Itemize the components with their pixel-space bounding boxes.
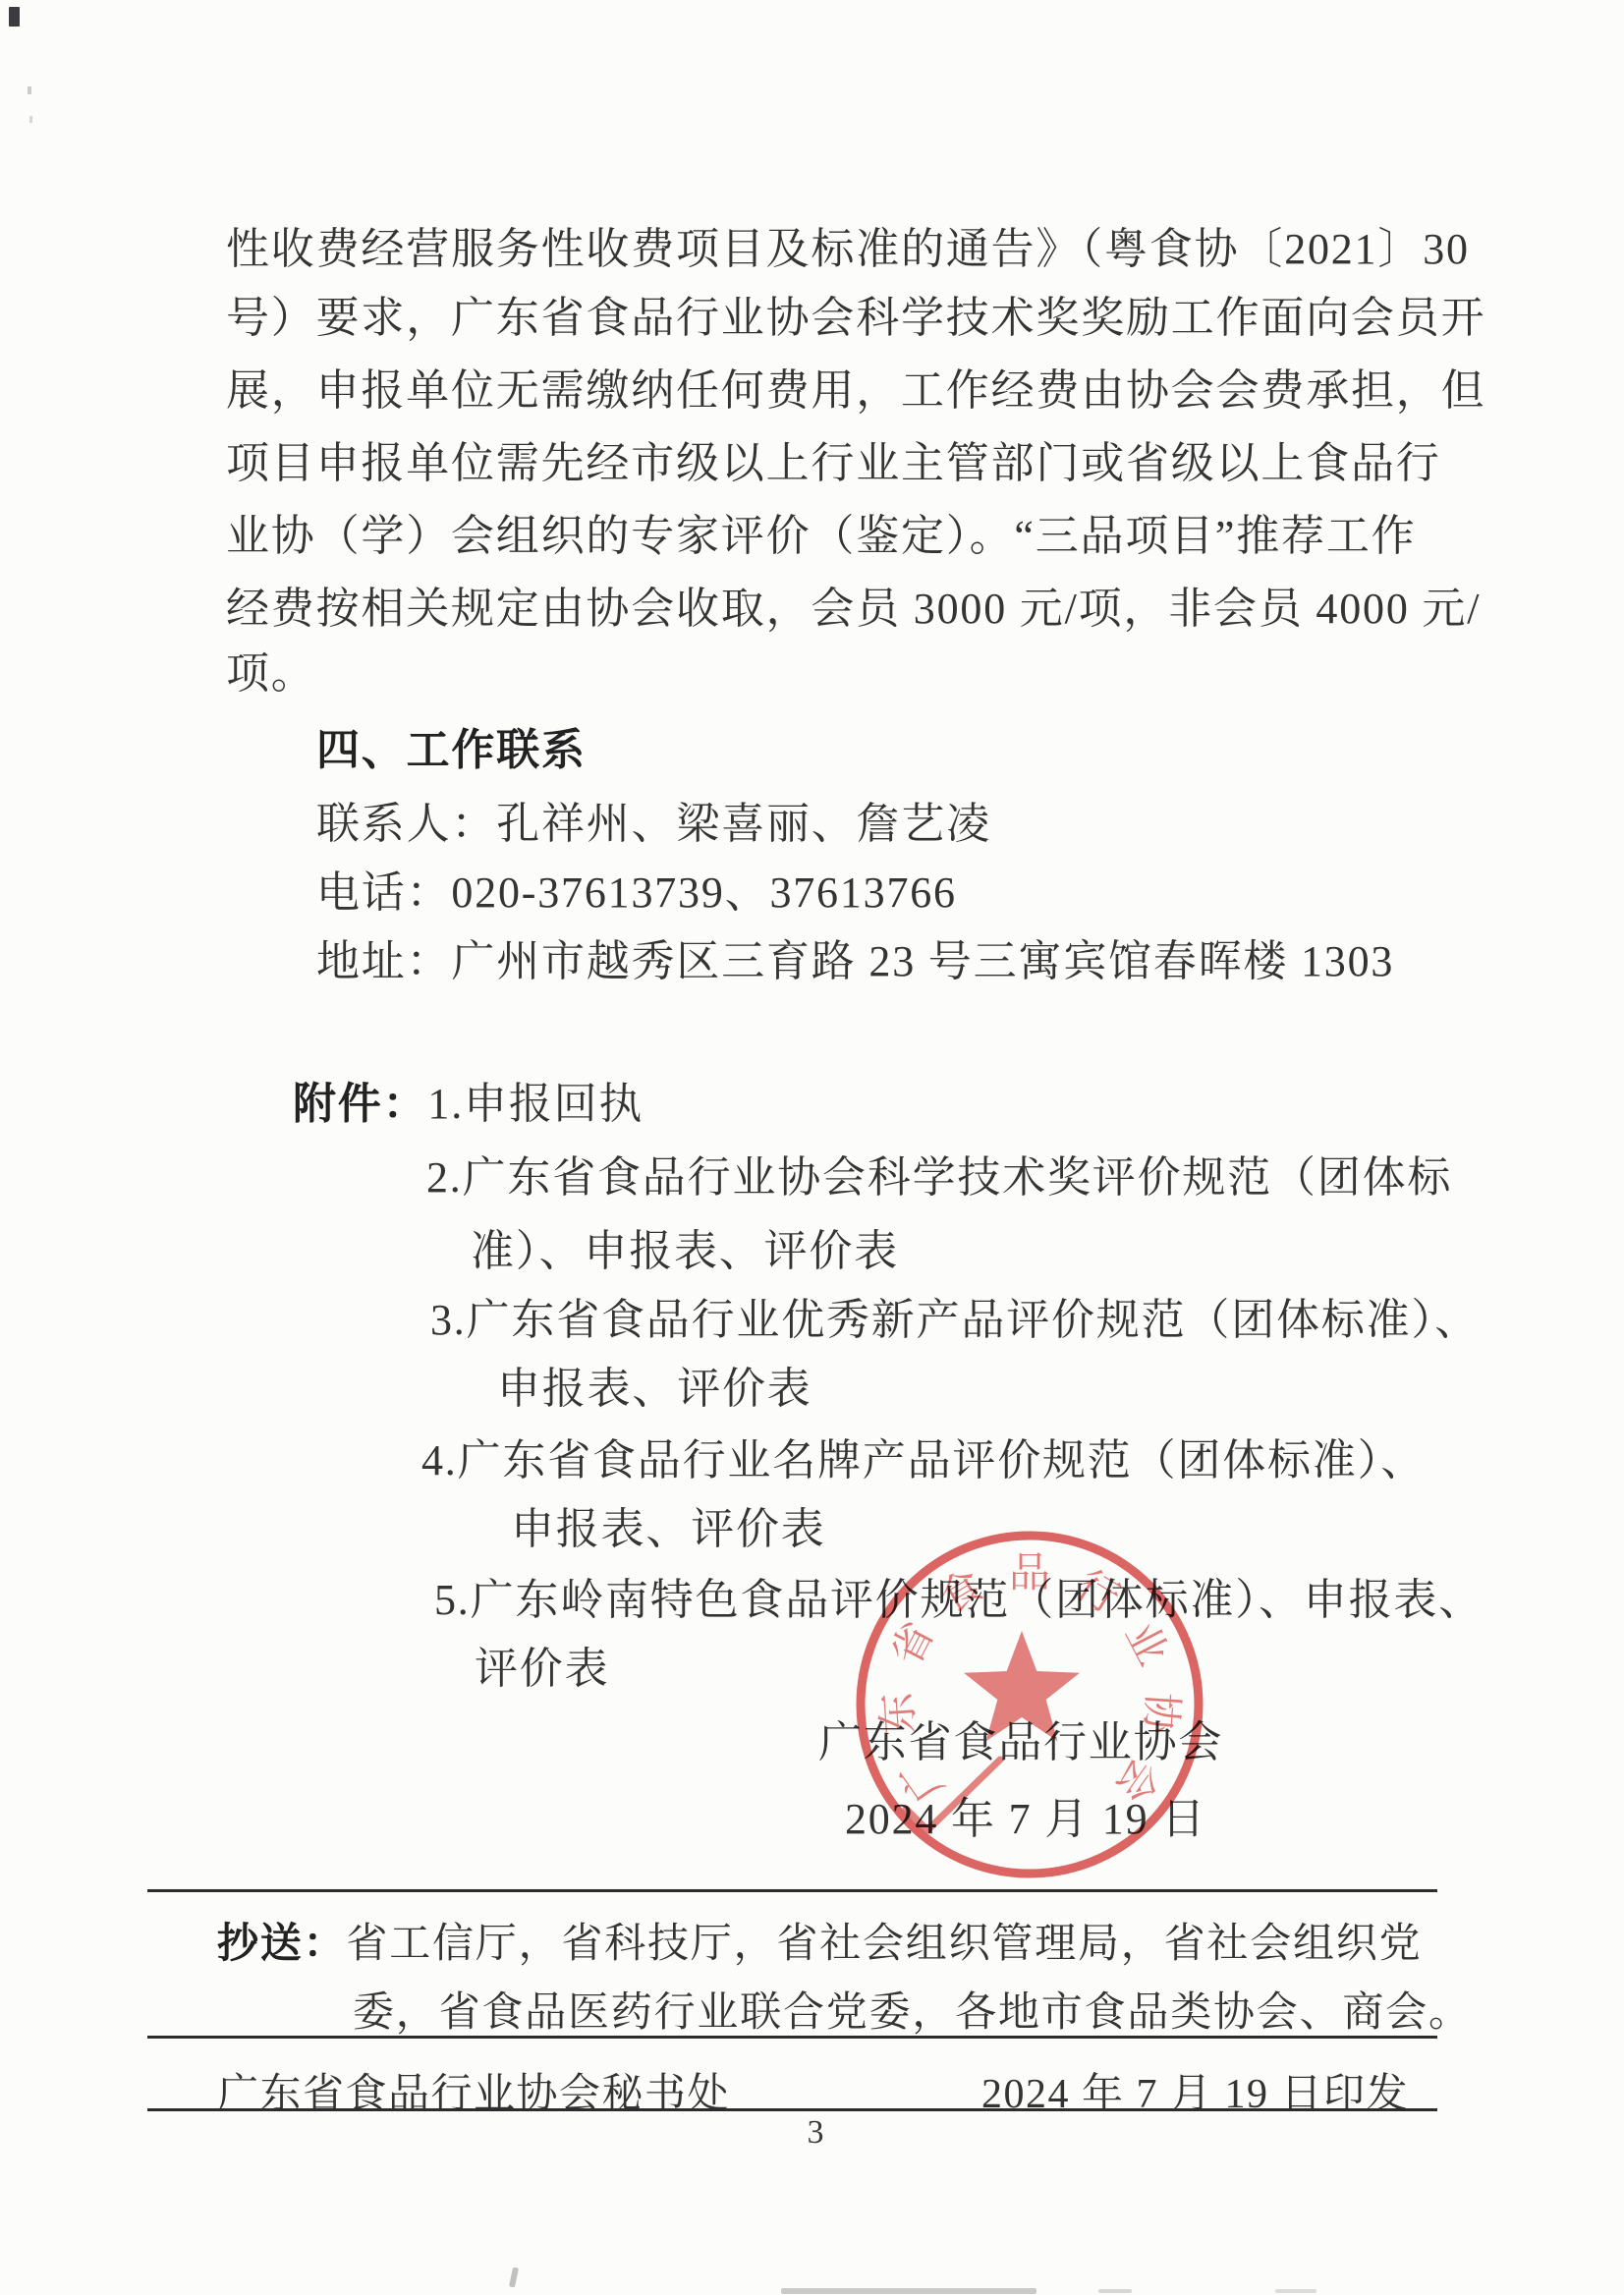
- contact-phone-line: 电话：020-37613739、37613766: [316, 866, 957, 921]
- body-line-1: 性收费经营服务性收费项目及标准的通告》（粤食协〔2021〕30: [226, 222, 1470, 277]
- seal-char: 广: [892, 1750, 953, 1810]
- seal-char: 省: [884, 1615, 943, 1673]
- footer-print-date: 2024 年 7 月 19 日印发: [981, 2061, 1409, 2120]
- scan-smudge: [509, 2267, 519, 2288]
- seal-star-icon: [964, 1631, 1080, 1741]
- cc-label: 抄送：: [217, 1922, 346, 1967]
- attachment-item-2-line-1: 2.广东省食品行业协会科学技术奖评价规范（团体标: [426, 1150, 1452, 1205]
- contact-address-line: 地址：广州市越秀区三育路 23 号三寓宾馆春晖楼 1303: [316, 934, 1394, 989]
- footer-row: 广东省食品行业协会秘书处 2024 年 7 月 19 日印发: [217, 2061, 1409, 2120]
- document-page: 性收费经营服务性收费项目及标准的通告》（粤食协〔2021〕30 号）要求，广东省…: [0, 0, 1624, 2295]
- seal-char: 业: [1116, 1615, 1175, 1673]
- body-line-5: 业协（学）会组织的专家评价（鉴定）。“三品项目”推荐工作: [226, 509, 1416, 564]
- seal-char: 食: [932, 1563, 991, 1623]
- body-line-3: 展，申报单位无需缴纳任何费用，工作经费由协会会费承担，但: [226, 364, 1485, 419]
- seal-char: 协: [1136, 1691, 1184, 1737]
- attachment-item-3-line-1: 3.广东省食品行业优秀新产品评价规范（团体标准）、: [430, 1293, 1480, 1348]
- section-heading: 四、工作联系: [316, 723, 587, 778]
- attachment-item-4-line-1: 4.广东省食品行业名牌产品评价规范（团体标准）、: [421, 1433, 1426, 1488]
- scan-artifact-mark: [9, 7, 20, 27]
- seal-char: 行: [1068, 1563, 1127, 1623]
- body-line-4: 项目申报单位需先经市级以上行业主管部门或省级以上食品行: [226, 436, 1441, 491]
- attachment-item-4-line-2: 申报表、评价表: [511, 1502, 826, 1557]
- attachments-label: 附件：: [293, 1080, 427, 1128]
- contact-person-line: 联系人：孔祥州、梁喜丽、詹艺凌: [316, 797, 991, 852]
- attachment-item-2-line-2: 准）、申报表、评价表: [471, 1224, 899, 1279]
- attachments-row-1: 附件：1.申报回执: [293, 1077, 644, 1132]
- separator-rule-middle: [147, 2036, 1437, 2039]
- scan-smudge: [1098, 2289, 1132, 2293]
- cc-text-1: 省工信厅，省科技厅，省社会组织管理局，省社会组织党: [346, 1922, 1422, 1967]
- scan-speck: [29, 116, 32, 123]
- cc-line-1: 抄送：省工信厅，省科技厅，省社会组织管理局，省社会组织党: [217, 1917, 1422, 1972]
- body-line-2: 号）要求，广东省食品行业协会科学技术奖奖励工作面向会员开: [226, 291, 1485, 346]
- attachment-item-3-line-2: 申报表、评价表: [497, 1362, 812, 1417]
- official-seal-stamp: 广东省食品行业协会: [843, 1518, 1216, 1891]
- cc-line-2: 委，省食品医药行业联合党委，各地市食品类协会、商会。: [353, 1986, 1472, 2041]
- body-line-7: 项。: [226, 646, 316, 701]
- separator-rule-bottom: [147, 2108, 1437, 2111]
- scan-speck: [28, 86, 31, 94]
- seal-char: 东: [875, 1691, 924, 1735]
- seal-char: 品: [1009, 1551, 1050, 1596]
- attachment-item-5-line-2: 评价表: [475, 1642, 609, 1697]
- scan-smudge: [781, 2288, 1036, 2294]
- seal-char: 会: [1106, 1750, 1167, 1810]
- scan-smudge: [1275, 2289, 1316, 2293]
- footer-issuer: 广东省食品行业协会秘书处: [217, 2061, 730, 2120]
- separator-rule-top: [147, 1889, 1437, 1892]
- attachment-item-1: 1.申报回执: [427, 1080, 644, 1128]
- page-number: 3: [776, 2114, 855, 2152]
- body-line-6: 经费按相关规定由协会收取，会员 3000 元/项，非会员 4000 元/: [226, 582, 1481, 637]
